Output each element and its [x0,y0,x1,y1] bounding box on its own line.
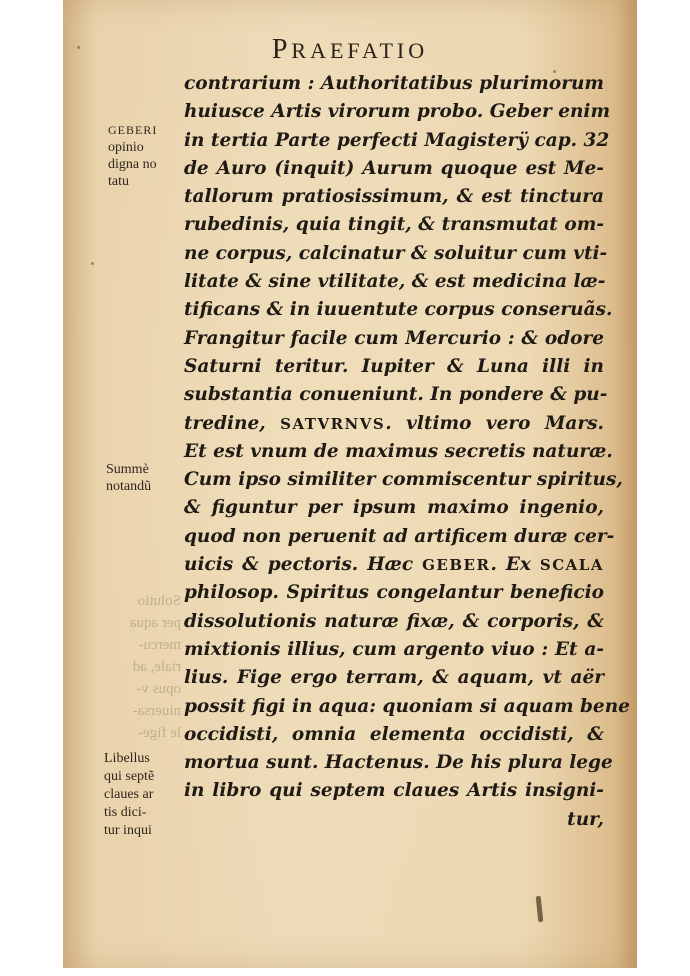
small-caps-name: GEBER [422,556,490,574]
margin-note-summe-notandum: Summè notandũ [106,461,151,495]
text-line: mortua sunt. Hactenus. De his plura lege [184,749,604,777]
text-line: rubedinis, quia tingit, & transmutat om- [184,211,604,239]
text-line: ne corpus, calcinatur & soluitur cum vti… [184,240,604,268]
bleed-line: niuersa- [101,700,181,722]
text-line: de Auro (inquit) Aurum quoque est Me- [184,155,604,183]
margin-note-line: tur inqui [104,822,154,840]
margin-note-line: opinio [108,139,157,156]
text-line: & figuntur per ipsum maximo ingenio, [184,494,604,522]
text-line: occidisti, omnia elementa occidisti, & [184,721,604,749]
margin-note-line: Libellus [104,750,154,768]
text-line: contrarium : Authoritatibus plurimorum [184,70,604,98]
paper-speck [77,46,80,49]
bleed-line: per aqua [101,612,181,634]
small-caps-name: SCALA [540,556,604,574]
text-line: philosop. Spiritus congelantur beneficio [184,579,604,607]
text-line: quod non peruenit ad artificem duræ cer- [184,523,604,551]
text-line: substantia conueniunt. In pondere & pu- [184,381,604,409]
text-line: in libro qui septem claues Artis insigni… [184,777,604,805]
bleed-line: mercu- [101,634,181,656]
text-run: . Ex [490,554,539,575]
ink-mark [536,896,544,922]
paper-speck [553,70,556,73]
bleed-line: riale, ad [101,656,181,678]
text-line: in tertia Parte perfecti Magisterÿ cap. … [184,127,604,155]
text-line: tificans & in iuuentute corpus conseruãs… [184,296,604,324]
text-run: tredine, [184,413,280,434]
text-line: lius. Fige ergo terram, & aquam, vt aër [184,664,604,692]
running-head-initial: P [272,34,292,65]
bleed-through-text: Solutio per aqua mercu- riale, ad opus v… [101,590,181,744]
margin-note-line: notandũ [106,478,151,495]
bleed-line: Solutio [101,590,181,612]
margin-note-line: Summè [106,461,151,478]
bleed-line: le fige- [101,722,181,744]
text-line: dissolutionis naturæ fixæ, & corporis, & [184,608,604,636]
text-line: uicis & pectoris. Hæc GEBER. Ex SCALA [184,551,604,579]
margin-note-line: digna no [108,156,157,173]
text-line: mixtionis illius, cum argento viuo : Et … [184,636,604,664]
body-text: contrarium : Authoritatibus plurimorum h… [184,70,604,834]
margin-note-line: qui septẽ [104,768,154,786]
margin-note-line: tatu [108,173,157,190]
text-line: Saturni teritur. Iupiter & Luna illi in [184,353,604,381]
text-line: Frangitur facile cum Mercurio : & odore [184,325,604,353]
text-line: tallorum pratiosissimum, & est tinctura [184,183,604,211]
text-line: huiusce Artis virorum probo. Geber enim [184,98,604,126]
text-run: uicis & pectoris. Hæc [184,554,422,575]
text-line: litate & sine vtilitate, & est medicina … [184,268,604,296]
catchword: tur, [184,806,604,834]
margin-note-libellus: Libellus qui septẽ claues ar tis dici- t… [104,750,154,840]
paper-speck [91,262,94,265]
book-page: PRAEFATIO Solutio per aqua mercu- riale,… [63,0,637,968]
margin-note-geberi: GEBERI opinio digna no tatu [108,122,157,190]
margin-note-line: GEBERI [108,122,157,139]
running-head-rest: RAEFATIO [291,38,428,63]
text-line: Cum ipso similiter commiscentur spiritus… [184,466,604,494]
margin-note-line: tis dici- [104,804,154,822]
text-line: Et est vnum de maximus secretis naturæ. [184,438,604,466]
small-caps-name: SATVRNVS [280,415,385,433]
text-line: tredine, SATVRNVS. vltimo vero Mars. [184,410,604,438]
text-line: possit figi in aqua: quoniam si aquam be… [184,693,604,721]
bleed-line: opus v- [101,678,181,700]
margin-note-line: claues ar [104,786,154,804]
running-head: PRAEFATIO [63,34,637,66]
text-run: . vltimo vero Mars. [385,413,604,434]
